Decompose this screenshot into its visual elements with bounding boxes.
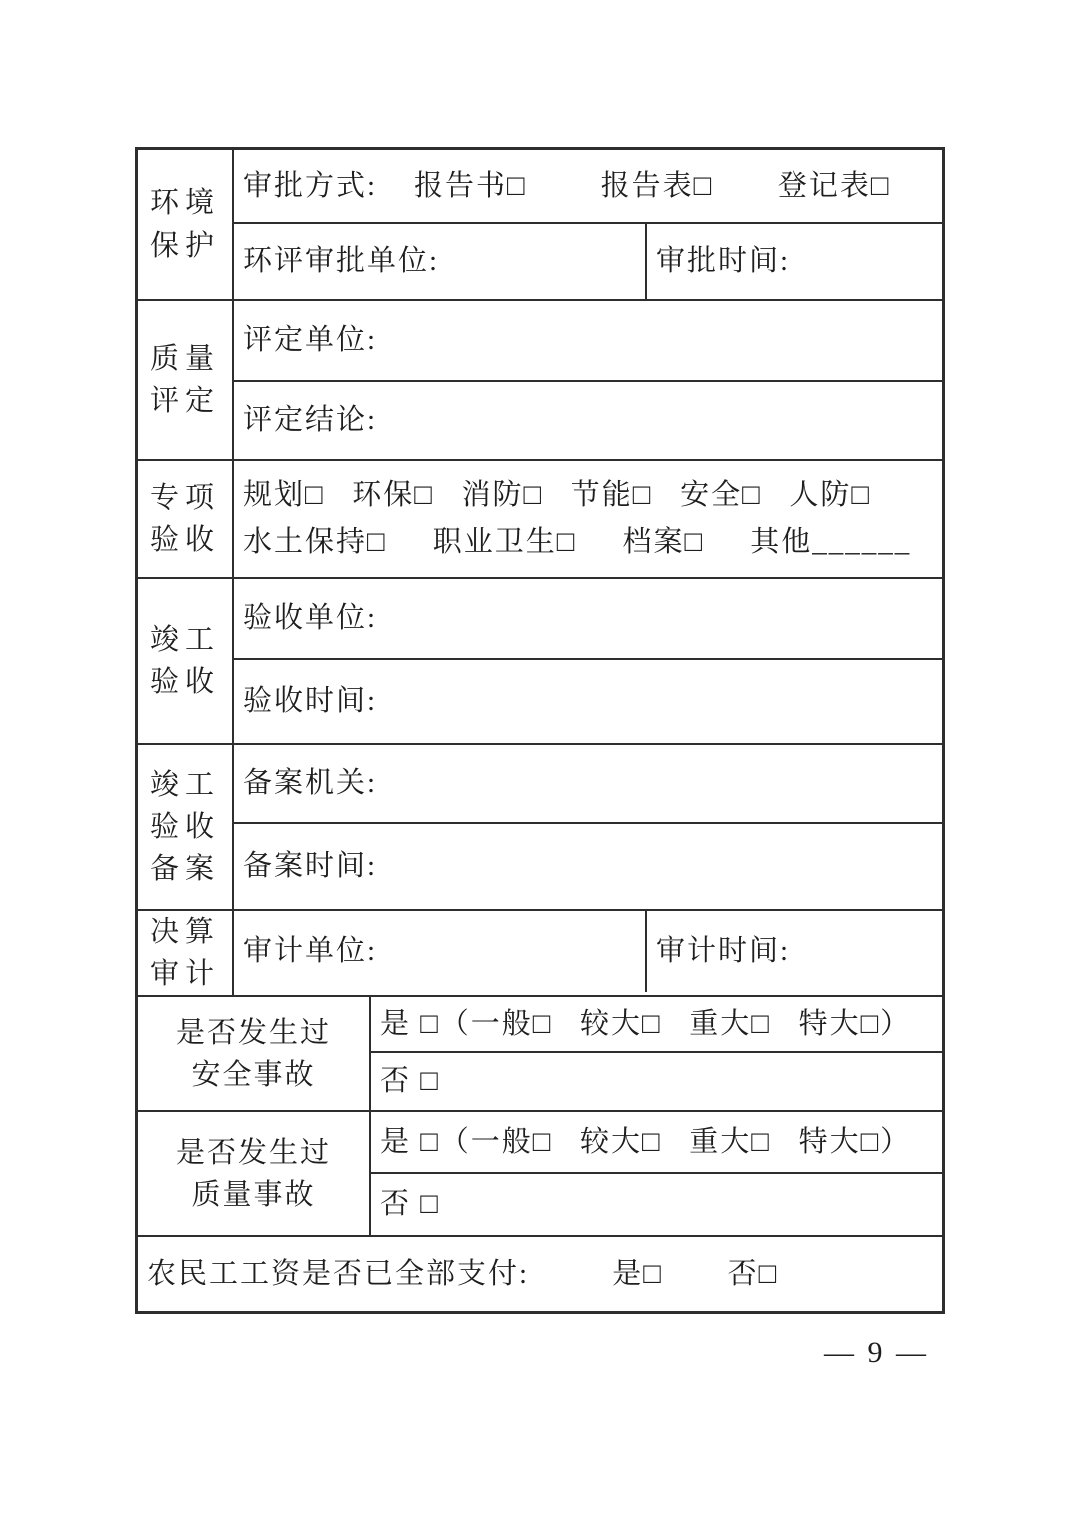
section-safety-accident: 是否发生过 安全事故 是 □（一般□ 较大□ 重大□ 特大□） 否 □ bbox=[138, 997, 942, 1112]
section-header-environmental-protection: 环境 保护 bbox=[138, 150, 234, 299]
row-quality-accident-no: 否 □ bbox=[371, 1174, 942, 1235]
section-body: 备案机关: 备案时间: bbox=[234, 745, 942, 909]
cell-filing-time: 备案时间: bbox=[234, 824, 942, 909]
section-body: 农民工工资是否已全部支付: 是□ 否□ bbox=[138, 1237, 942, 1311]
section-header-completion-acceptance-filing: 竣工 验收 备案 bbox=[138, 745, 234, 909]
cell-acceptance-time: 验收时间: bbox=[234, 660, 942, 743]
section-header-completion-acceptance: 竣工 验收 bbox=[138, 579, 234, 743]
cell-approval-time: 审批时间: bbox=[647, 224, 942, 299]
section-quality-assessment: 质量 评定 评定单位: 评定结论: bbox=[138, 301, 942, 461]
cell-safety-accident-no: 否 □ bbox=[371, 1053, 942, 1110]
cell-filing-authority: 备案机关: bbox=[234, 745, 942, 822]
section-final-account-audit: 决算 审计 审计单位: 审计时间: bbox=[138, 911, 942, 997]
section-body: 是 □（一般□ 较大□ 重大□ 特大□） 否 □ bbox=[371, 1112, 942, 1235]
cell-assessment-conclusion: 评定结论: bbox=[234, 382, 942, 459]
section-body: 是 □（一般□ 较大□ 重大□ 特大□） 否 □ bbox=[371, 997, 942, 1110]
cell-quality-accident-yes: 是 □（一般□ 较大□ 重大□ 特大□） bbox=[371, 1112, 942, 1172]
row-acceptance-time: 验收时间: bbox=[234, 660, 942, 743]
row-audit: 审计单位: 审计时间: bbox=[234, 911, 942, 992]
section-body: 评定单位: 评定结论: bbox=[234, 301, 942, 459]
row-approval-method: 审批方式: 报告书□ 报告表□ 登记表□ bbox=[234, 150, 942, 224]
cell-special-acceptance-items: 规划□ 环保□ 消防□ 节能□ 安全□ 人防□ 水土保持□ 职业卫生□ 档案□ … bbox=[234, 461, 942, 577]
row-special-acceptance-items: 规划□ 环保□ 消防□ 节能□ 安全□ 人防□ 水土保持□ 职业卫生□ 档案□ … bbox=[234, 461, 942, 577]
cell-acceptance-unit: 验收单位: bbox=[234, 579, 942, 658]
document-page: 环境 保护 审批方式: 报告书□ 报告表□ 登记表□ 环评审批单位: 审批时间:… bbox=[0, 0, 1080, 1528]
cell-approval-method: 审批方式: 报告书□ 报告表□ 登记表□ bbox=[234, 150, 942, 222]
page-number: — 9 — bbox=[824, 1336, 929, 1370]
cell-assessment-unit: 评定单位: bbox=[234, 301, 942, 380]
cell-migrant-worker-wages: 农民工工资是否已全部支付: 是□ 否□ bbox=[138, 1237, 942, 1311]
section-environmental-protection: 环境 保护 审批方式: 报告书□ 报告表□ 登记表□ 环评审批单位: 审批时间: bbox=[138, 150, 942, 301]
row-safety-accident-no: 否 □ bbox=[371, 1053, 942, 1110]
section-body: 审计单位: 审计时间: bbox=[234, 911, 942, 995]
row-acceptance-unit: 验收单位: bbox=[234, 579, 942, 660]
section-body: 验收单位: 验收时间: bbox=[234, 579, 942, 743]
cell-audit-unit: 审计单位: bbox=[234, 911, 647, 992]
row-eia-approval: 环评审批单位: 审批时间: bbox=[234, 224, 942, 299]
section-quality-accident: 是否发生过 质量事故 是 □（一般□ 较大□ 重大□ 特大□） 否 □ bbox=[138, 1112, 942, 1237]
section-header-quality-assessment: 质量 评定 bbox=[138, 301, 234, 459]
row-quality-accident-yes: 是 □（一般□ 较大□ 重大□ 特大□） bbox=[371, 1112, 942, 1174]
cell-safety-accident-yes: 是 □（一般□ 较大□ 重大□ 特大□） bbox=[371, 997, 942, 1051]
section-body: 规划□ 环保□ 消防□ 节能□ 安全□ 人防□ 水土保持□ 职业卫生□ 档案□ … bbox=[234, 461, 942, 577]
section-header-safety-accident: 是否发生过 安全事故 bbox=[138, 997, 371, 1110]
section-body: 审批方式: 报告书□ 报告表□ 登记表□ 环评审批单位: 审批时间: bbox=[234, 150, 942, 299]
row-assessment-unit: 评定单位: bbox=[234, 301, 942, 382]
cell-audit-time: 审计时间: bbox=[647, 911, 942, 992]
cell-quality-accident-no: 否 □ bbox=[371, 1174, 942, 1235]
section-completion-acceptance-filing: 竣工 验收 备案 备案机关: 备案时间: bbox=[138, 745, 942, 911]
completion-acceptance-form-table: 环境 保护 审批方式: 报告书□ 报告表□ 登记表□ 环评审批单位: 审批时间:… bbox=[135, 147, 945, 1314]
row-filing-time: 备案时间: bbox=[234, 824, 942, 909]
section-header-final-account-audit: 决算 审计 bbox=[138, 911, 234, 995]
row-assessment-conclusion: 评定结论: bbox=[234, 382, 942, 459]
section-special-acceptance: 专项 验收 规划□ 环保□ 消防□ 节能□ 安全□ 人防□ 水土保持□ 职业卫生… bbox=[138, 461, 942, 579]
row-filing-authority: 备案机关: bbox=[234, 745, 942, 824]
cell-eia-approval-unit: 环评审批单位: bbox=[234, 224, 647, 299]
section-header-quality-accident: 是否发生过 质量事故 bbox=[138, 1112, 371, 1235]
row-migrant-worker-wages: 农民工工资是否已全部支付: 是□ 否□ bbox=[138, 1237, 942, 1311]
row-safety-accident-yes: 是 □（一般□ 较大□ 重大□ 特大□） bbox=[371, 997, 942, 1053]
section-header-special-acceptance: 专项 验收 bbox=[138, 461, 234, 577]
section-completion-acceptance: 竣工 验收 验收单位: 验收时间: bbox=[138, 579, 942, 745]
section-migrant-worker-wages: 农民工工资是否已全部支付: 是□ 否□ bbox=[138, 1237, 942, 1311]
